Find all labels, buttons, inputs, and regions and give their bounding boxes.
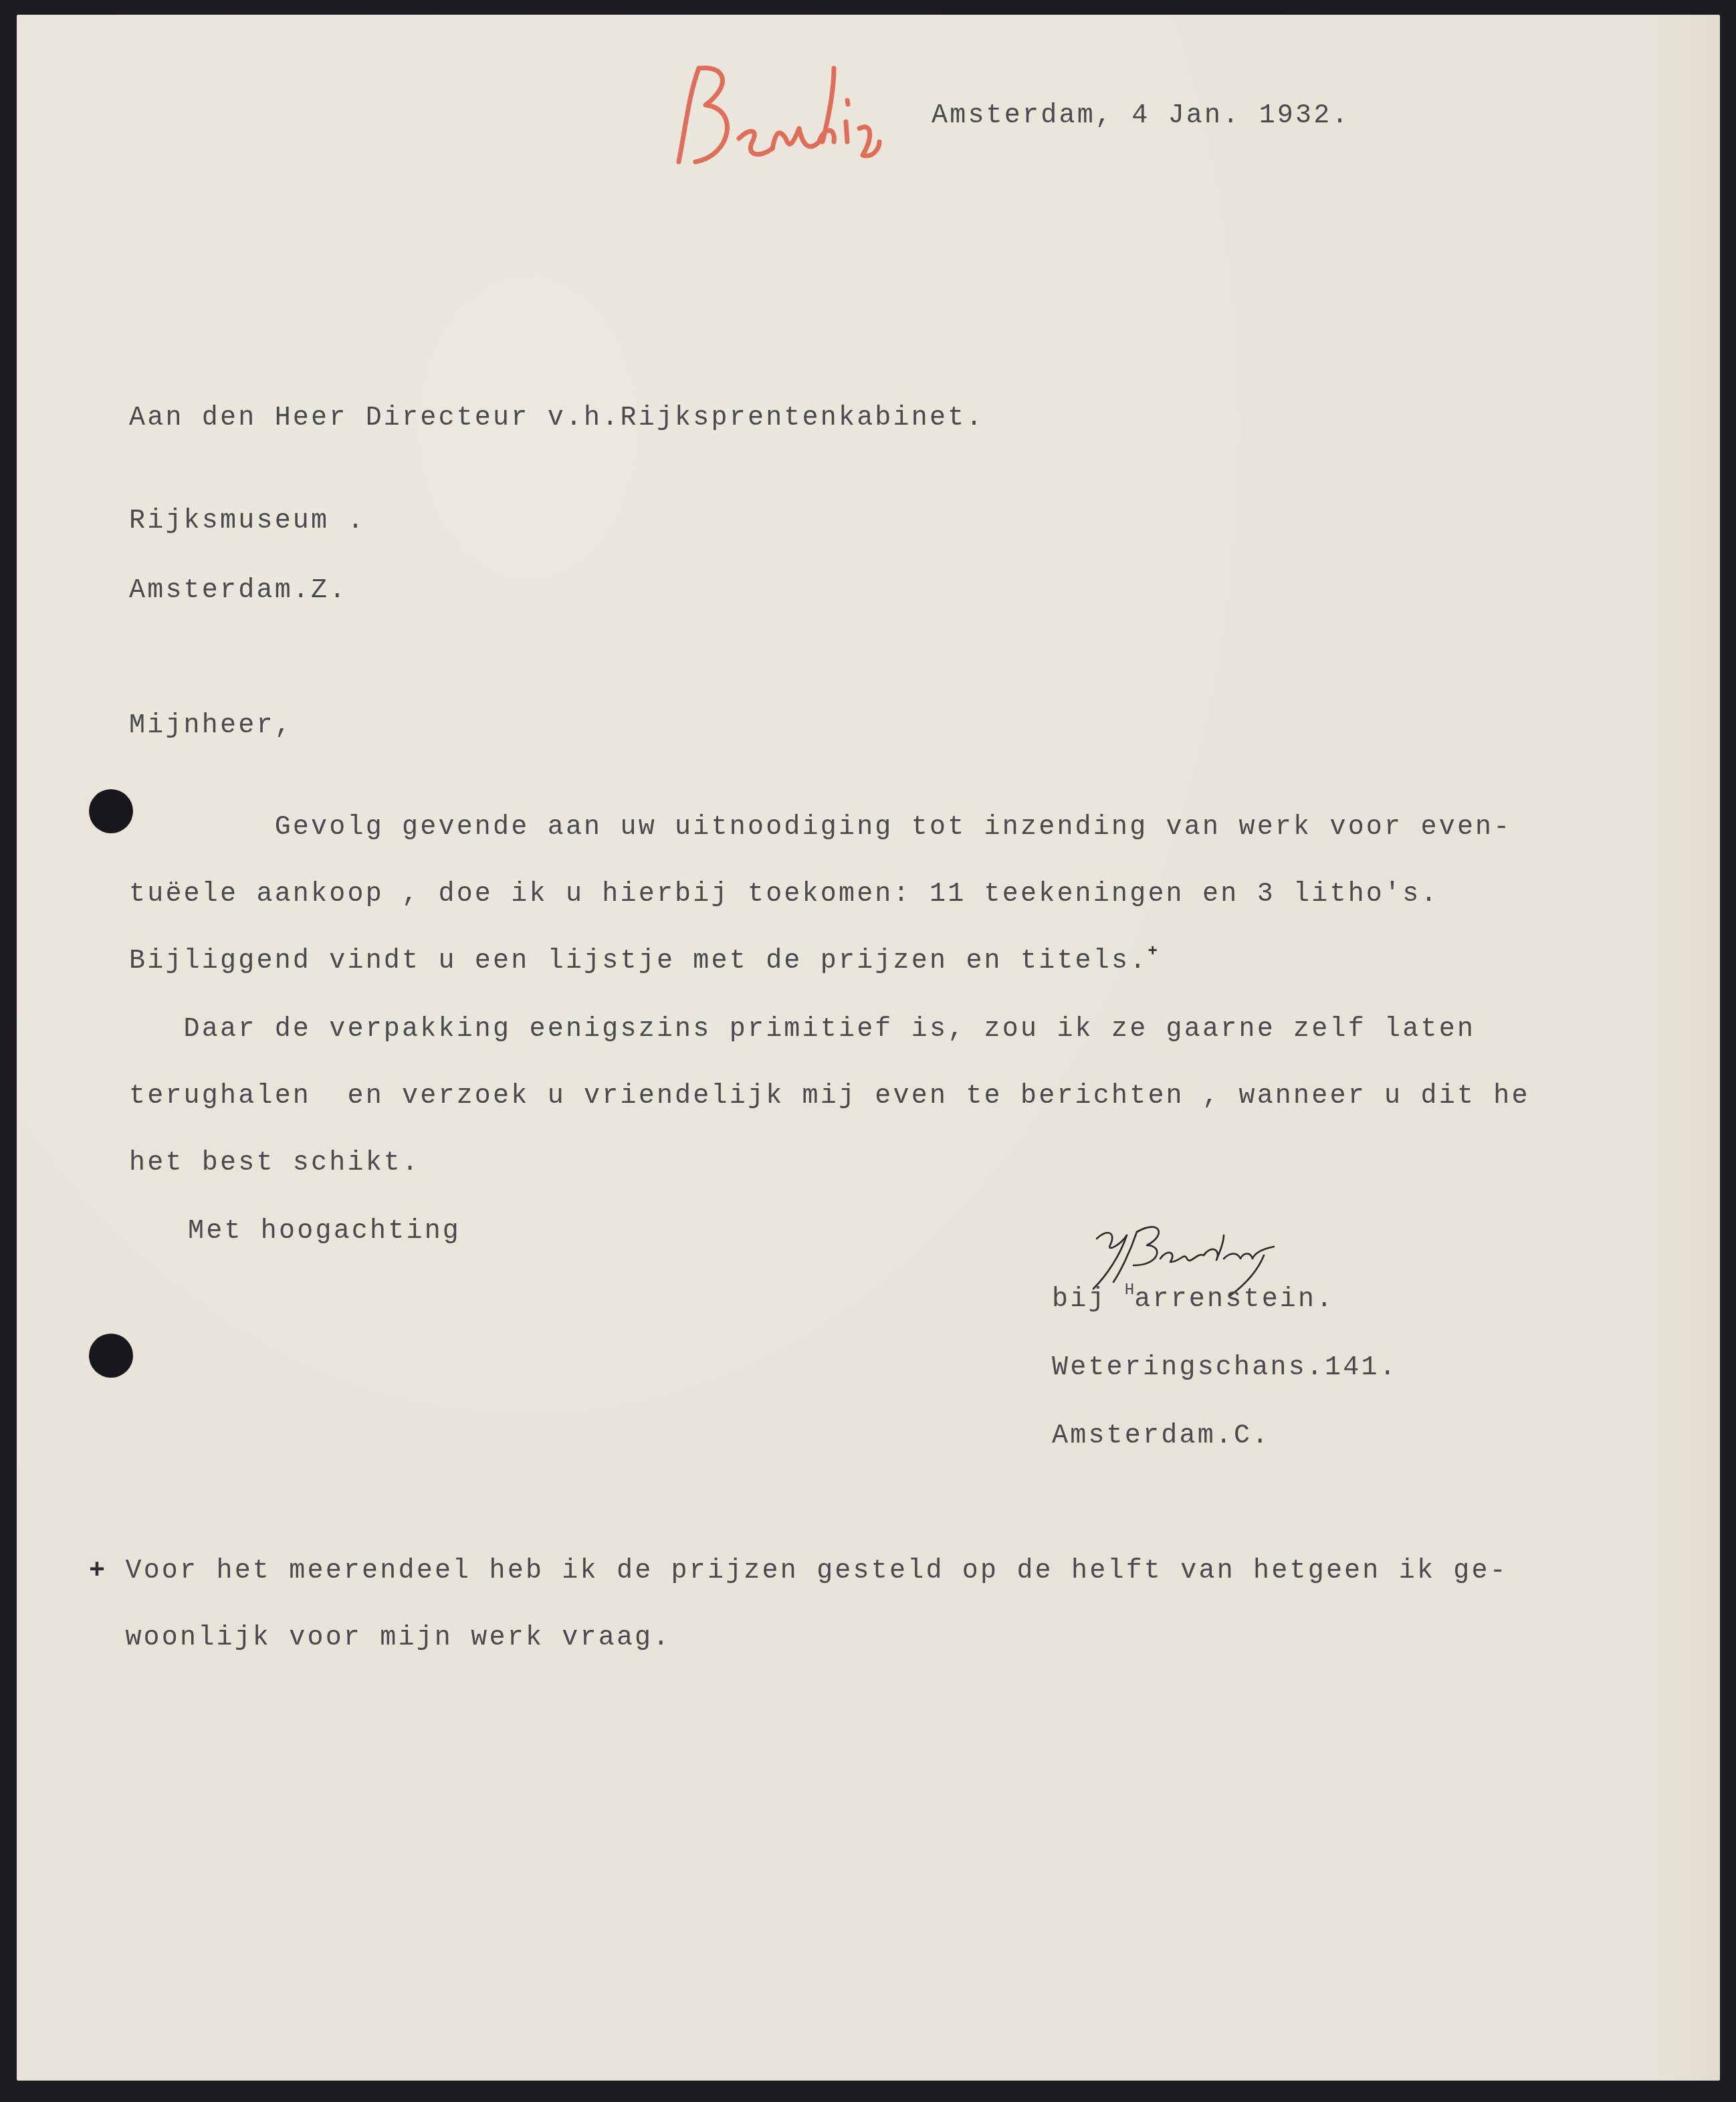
sender-superscript-correction: H bbox=[1125, 1281, 1134, 1299]
body-line-text: Bijliggend vindt u een lijstje met de pr… bbox=[129, 946, 1148, 976]
body-paragraph-1-line-3: Bijliggend vindt u een lijstje met de pr… bbox=[129, 948, 1158, 975]
sender-line-1: bij Harrenstein. bbox=[1052, 1287, 1334, 1313]
body-paragraph-2-line-2: terughalen en verzoek u vriendelijk mij … bbox=[129, 1083, 1530, 1110]
sender-prefix: bij bbox=[1052, 1285, 1125, 1315]
footnote-mark: + bbox=[89, 1556, 107, 1586]
footnote-line-1: + Voor het meerendeel heb ik de prijzen … bbox=[89, 1558, 1508, 1585]
body-paragraph-1-line-2: tuëele aankoop , doe ik u hierbij toekom… bbox=[129, 881, 1439, 908]
salutation: Mijnheer, bbox=[129, 713, 293, 740]
body-paragraph-2-line-1: Daar de verpakking eenigszins primitief … bbox=[129, 1017, 1475, 1043]
address-line-3: Amsterdam.Z. bbox=[129, 578, 347, 605]
sender-name: arrenstein. bbox=[1134, 1285, 1334, 1315]
footnote-reference-mark: + bbox=[1148, 943, 1157, 961]
punch-hole-top bbox=[89, 789, 133, 833]
red-pencil-annotation bbox=[659, 55, 940, 175]
body-paragraph-2-line-3: het best schikt. bbox=[129, 1150, 420, 1177]
body-paragraph-1-line-1: Gevolg gevende aan uw uitnoodiging tot i… bbox=[129, 815, 1512, 841]
sender-line-3: Amsterdam.C. bbox=[1052, 1423, 1270, 1450]
closing: Met hoogachting bbox=[188, 1219, 461, 1245]
letter-paper: Amsterdam, 4 Jan. 1932. Aan den Heer Dir… bbox=[17, 15, 1720, 2081]
sender-line-2: Weteringschans.141. bbox=[1052, 1355, 1398, 1382]
punch-hole-bottom bbox=[89, 1334, 133, 1378]
footnote-line-2: woonlijk voor mijn werk vraag. bbox=[89, 1625, 671, 1652]
dateline: Amsterdam, 4 Jan. 1932. bbox=[932, 103, 1350, 130]
footnote-text: Voor het meerendeel heb ik de prijzen ge… bbox=[107, 1556, 1508, 1586]
address-line-2: Rijksmuseum . bbox=[129, 508, 366, 535]
address-line-1: Aan den Heer Directeur v.h.Rijksprentenk… bbox=[129, 405, 984, 432]
